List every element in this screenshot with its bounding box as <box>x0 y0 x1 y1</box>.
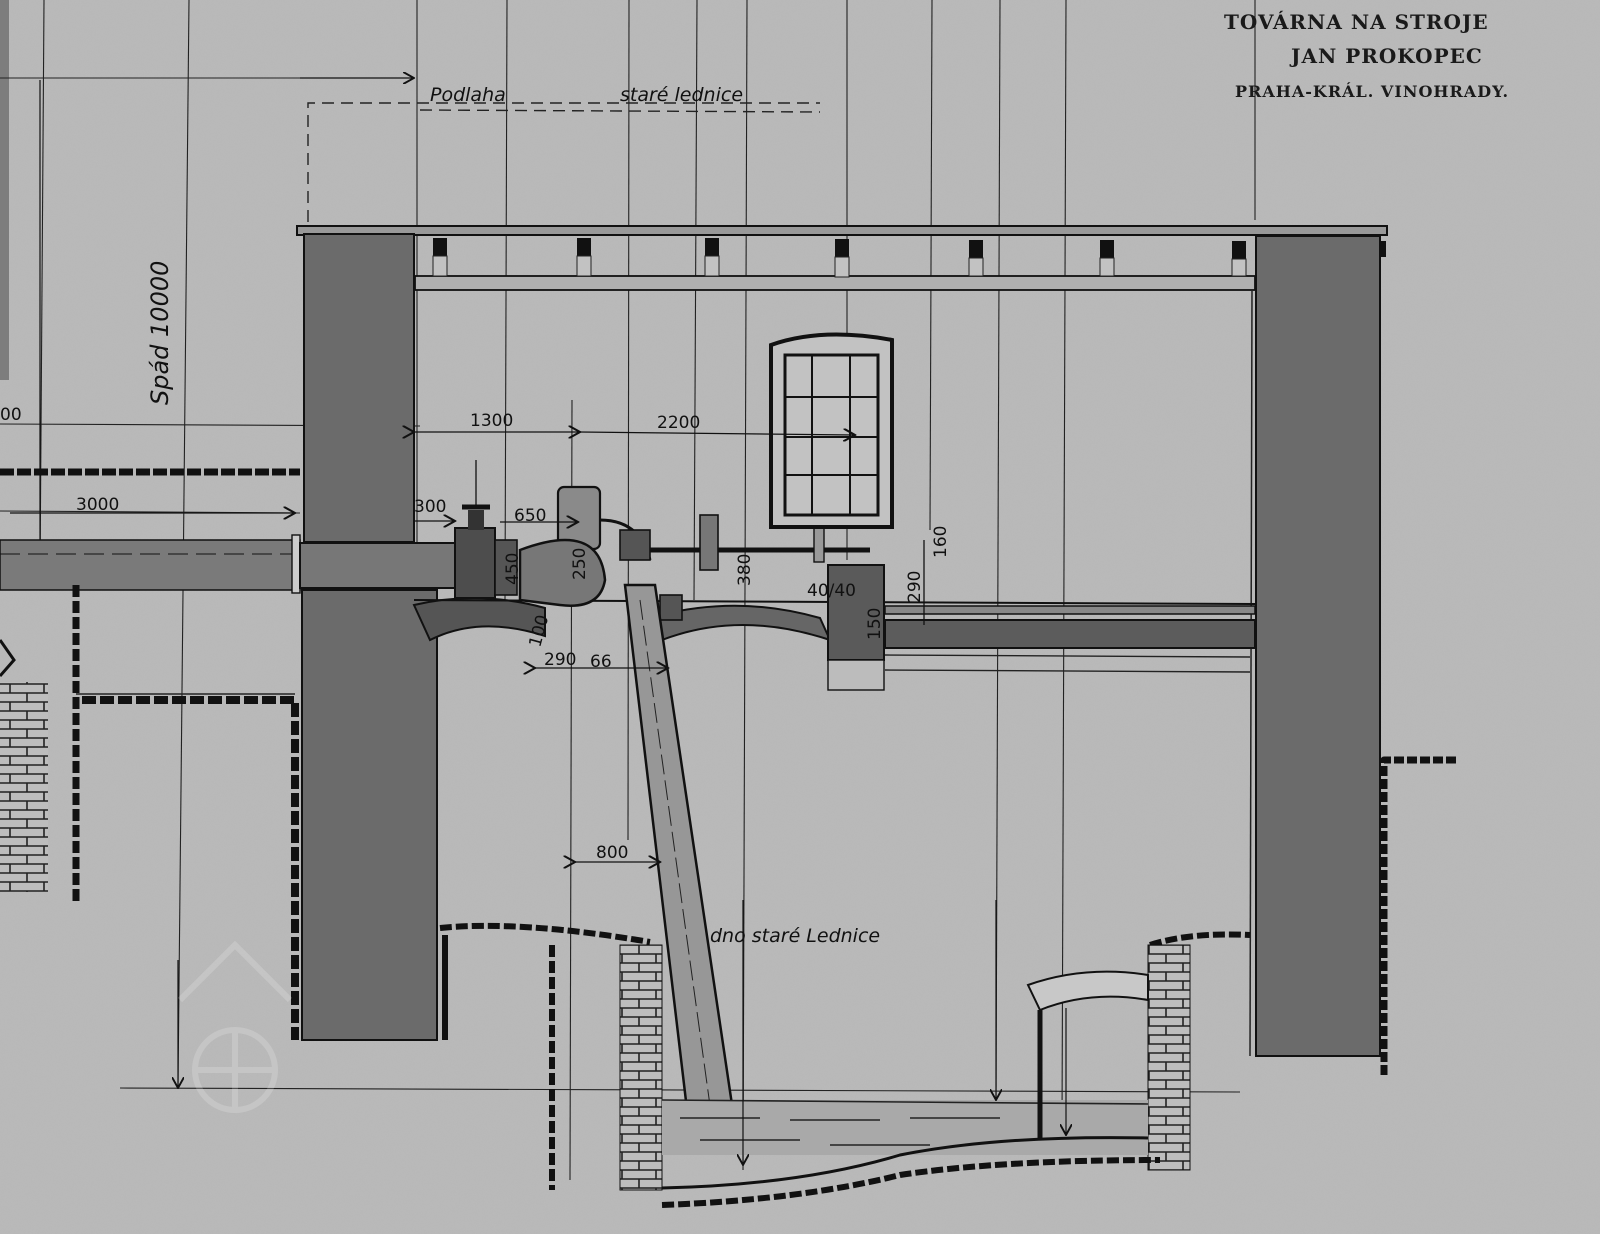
dim-150: 150 <box>865 608 885 640</box>
dim-3000: 3000 <box>76 495 119 515</box>
dim-edge-partial: 00 <box>0 405 22 425</box>
dim-380: 380 <box>735 554 755 586</box>
left-wall-upper <box>304 234 414 542</box>
stamp-line-3: PRAHA-KRÁL. VINOHRADY. <box>1235 81 1509 101</box>
bottom-level-label: dno staré Lednice <box>710 925 880 947</box>
dim-290-lower: 290 <box>544 650 576 670</box>
technical-drawing: 1300 2200 3000 300 650 450 250 100 290 6… <box>0 0 1600 1234</box>
dim-450: 450 <box>503 553 523 585</box>
dim-300: 300 <box>414 497 446 517</box>
dim-160: 160 <box>931 526 951 558</box>
right-wall <box>1256 236 1380 1056</box>
dim-66: 66 <box>590 652 612 672</box>
dim-650: 650 <box>514 506 546 526</box>
dim-250: 250 <box>570 548 590 580</box>
left-edge-shadow <box>0 0 9 380</box>
floor-level-suffix-label: staré lednice <box>620 84 743 106</box>
dim-1300: 1300 <box>470 411 513 431</box>
head-drop-label: Spád 10000 <box>146 261 174 405</box>
window <box>771 335 892 527</box>
floor-level-label: Podlaha <box>430 84 506 106</box>
dim-40-40: 40/40 <box>807 581 856 601</box>
stamp-line-2: JAN PROKOPEC <box>1289 44 1483 68</box>
dim-2200: 2200 <box>657 413 700 433</box>
penstock-pipe <box>300 543 460 588</box>
left-wall-lower <box>302 590 437 1040</box>
stamp-line-1: TOVÁRNA NA STROJE <box>1224 10 1489 34</box>
dim-290-right: 290 <box>905 571 925 603</box>
dim-800: 800 <box>596 843 628 863</box>
